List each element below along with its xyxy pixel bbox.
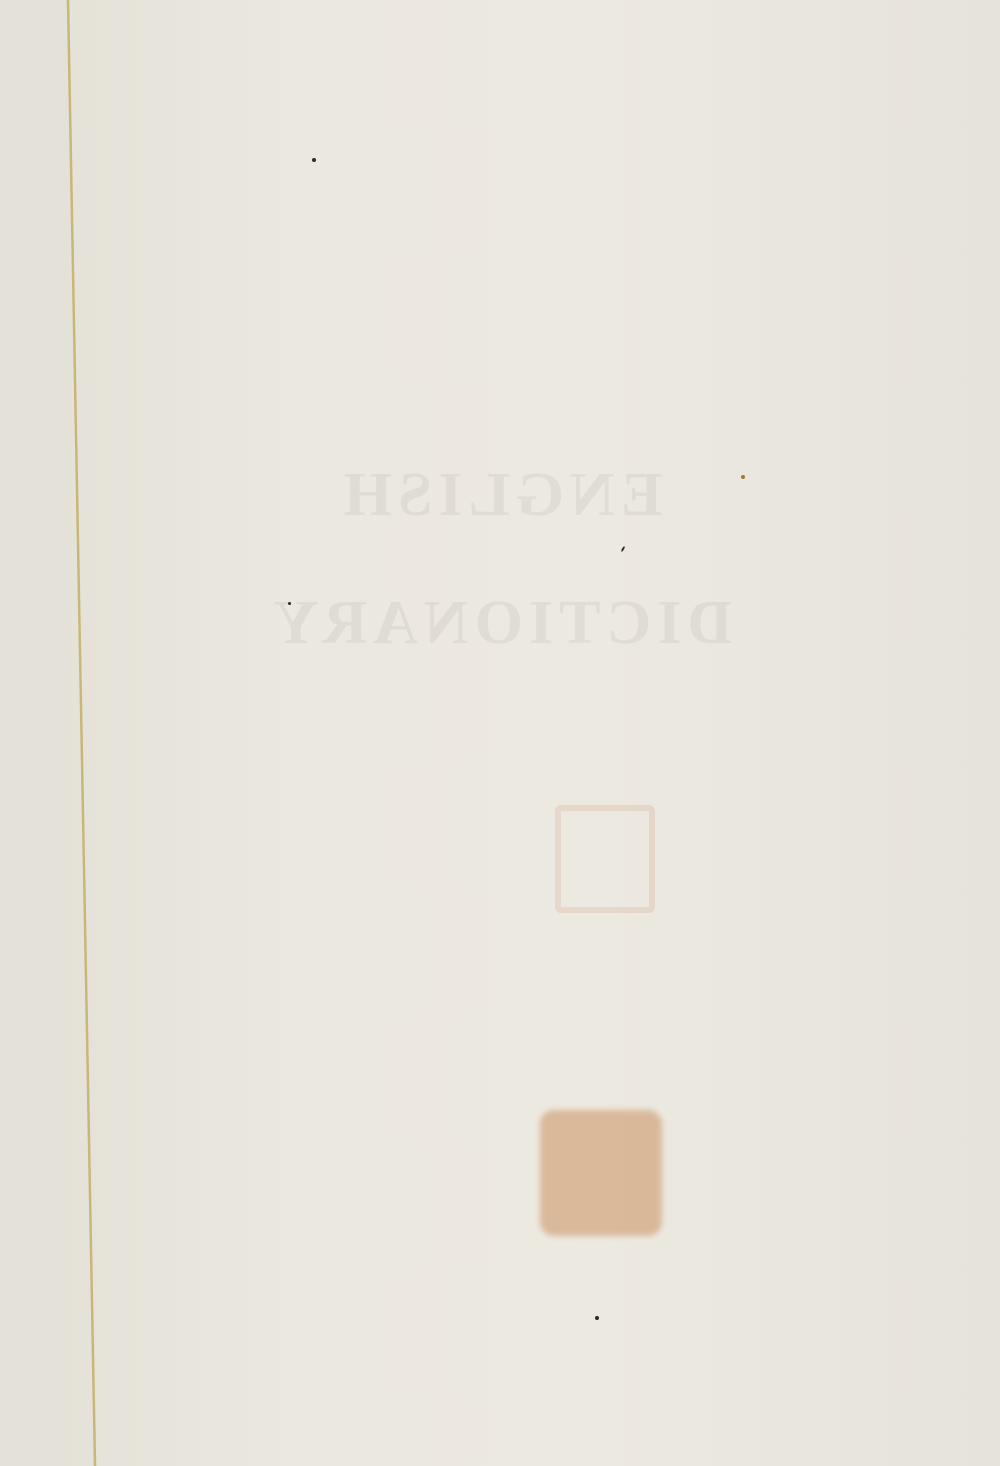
ink-speck	[312, 158, 316, 162]
page-fold-line	[0, 0, 1000, 1466]
ink-speck	[288, 602, 291, 605]
ink-speck	[741, 475, 745, 479]
square-stain	[540, 1110, 662, 1236]
book-page: ENGLISH DICTIONARY	[0, 0, 1000, 1466]
ink-speck	[621, 546, 626, 552]
show-through-title-2: DICTIONARY	[0, 588, 1000, 659]
faded-seal-stamp	[555, 805, 655, 913]
ink-speck	[595, 1316, 599, 1320]
show-through-title-1: ENGLISH	[0, 460, 1000, 531]
